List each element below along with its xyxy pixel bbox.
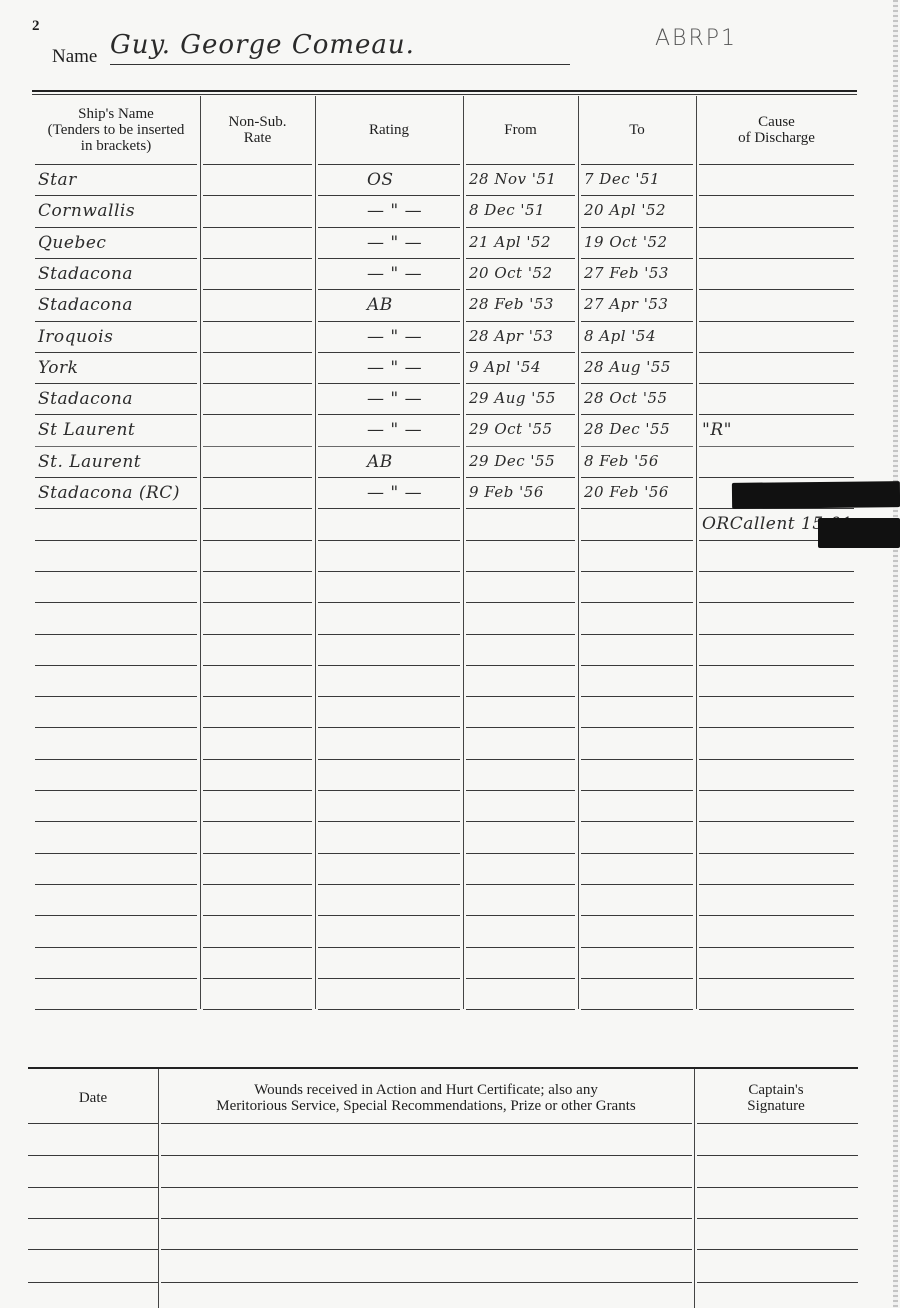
row-rule bbox=[318, 1009, 460, 1010]
cell-rating: — " — bbox=[367, 201, 422, 221]
redaction-block bbox=[818, 518, 900, 548]
row-rule bbox=[581, 696, 693, 697]
row-rule bbox=[203, 696, 312, 697]
row-rule bbox=[203, 665, 312, 666]
cell-from: 20 Oct '52 bbox=[469, 264, 553, 282]
row-rule bbox=[35, 508, 197, 509]
row-rule bbox=[203, 289, 312, 290]
row-rule bbox=[35, 414, 197, 415]
row-rule bbox=[699, 289, 854, 290]
row-rule bbox=[203, 383, 312, 384]
row-rule bbox=[466, 321, 575, 322]
page-number: 2 bbox=[32, 18, 40, 35]
row-rule bbox=[466, 540, 575, 541]
row-rule bbox=[35, 853, 197, 854]
header-ship-name: Ship's Name(Tenders to be insertedin bra… bbox=[32, 100, 200, 160]
row-rule bbox=[581, 602, 693, 603]
row-rule bbox=[35, 258, 197, 259]
row-rule bbox=[466, 383, 575, 384]
row-rule bbox=[697, 1123, 858, 1124]
row-rule bbox=[581, 665, 693, 666]
header-captains-signature: Captain'sSignature bbox=[694, 1074, 858, 1122]
row-rule bbox=[581, 289, 693, 290]
row-rule bbox=[466, 1009, 575, 1010]
cell-to: 28 Aug '55 bbox=[584, 358, 671, 376]
row-rule bbox=[35, 759, 197, 760]
row-rule bbox=[318, 947, 460, 948]
row-rule bbox=[35, 571, 197, 572]
cell-from: 9 Apl '54 bbox=[469, 358, 541, 376]
row-rule bbox=[318, 508, 460, 509]
header-date: Date bbox=[28, 1074, 158, 1122]
cell-ship: Quebec bbox=[38, 233, 106, 253]
column-divider bbox=[200, 96, 201, 1009]
row-rule bbox=[581, 446, 693, 447]
row-rule bbox=[318, 665, 460, 666]
table-top-rule bbox=[32, 90, 857, 92]
row-rule bbox=[581, 164, 693, 165]
cell-from: 8 Dec '51 bbox=[469, 201, 545, 219]
row-rule bbox=[35, 634, 197, 635]
row-rule bbox=[699, 258, 854, 259]
row-rule bbox=[161, 1187, 692, 1188]
cell-ship: Iroquois bbox=[38, 327, 113, 347]
cell-from: 29 Dec '55 bbox=[469, 452, 555, 470]
row-rule bbox=[581, 634, 693, 635]
cell-from: 29 Oct '55 bbox=[469, 420, 553, 438]
row-rule bbox=[581, 1009, 693, 1010]
row-rule bbox=[466, 446, 575, 447]
row-rule bbox=[35, 352, 197, 353]
row-rule bbox=[35, 477, 197, 478]
row-rule bbox=[699, 1009, 854, 1010]
row-rule bbox=[466, 759, 575, 760]
row-rule bbox=[466, 352, 575, 353]
row-rule bbox=[699, 696, 854, 697]
cell-to: 20 Feb '56 bbox=[584, 483, 669, 501]
row-rule bbox=[318, 321, 460, 322]
row-rule bbox=[581, 383, 693, 384]
row-rule bbox=[581, 258, 693, 259]
row-rule bbox=[35, 696, 197, 697]
row-rule bbox=[699, 602, 854, 603]
header-rating: Rating bbox=[315, 100, 463, 160]
cell-ship: St Laurent bbox=[38, 420, 135, 440]
row-rule bbox=[699, 195, 854, 196]
header-to: To bbox=[578, 100, 696, 160]
column-divider bbox=[315, 96, 316, 1009]
row-rule bbox=[318, 195, 460, 196]
row-rule bbox=[466, 634, 575, 635]
row-rule bbox=[203, 446, 312, 447]
row-rule bbox=[699, 790, 854, 791]
row-rule bbox=[28, 1187, 158, 1188]
row-rule bbox=[35, 383, 197, 384]
cell-to: 28 Dec '55 bbox=[584, 420, 670, 438]
row-rule bbox=[318, 164, 460, 165]
row-rule bbox=[318, 915, 460, 916]
row-rule bbox=[466, 853, 575, 854]
row-rule bbox=[203, 759, 312, 760]
row-rule bbox=[318, 727, 460, 728]
row-rule bbox=[35, 289, 197, 290]
row-rule bbox=[581, 915, 693, 916]
cell-to: 27 Apr '53 bbox=[584, 295, 668, 313]
row-rule bbox=[203, 915, 312, 916]
row-rule bbox=[466, 947, 575, 948]
name-value: Guy. George Comeau. bbox=[110, 30, 570, 65]
table-top-rule-inner bbox=[32, 94, 857, 95]
row-rule bbox=[161, 1282, 692, 1283]
row-rule bbox=[35, 884, 197, 885]
row-rule bbox=[203, 790, 312, 791]
row-rule bbox=[203, 414, 312, 415]
row-rule bbox=[699, 227, 854, 228]
row-rule bbox=[581, 508, 693, 509]
row-rule bbox=[203, 321, 312, 322]
cell-ship: St. Laurent bbox=[38, 452, 141, 472]
row-rule bbox=[203, 884, 312, 885]
row-rule bbox=[699, 414, 854, 415]
row-rule bbox=[318, 477, 460, 478]
row-rule bbox=[581, 321, 693, 322]
row-rule bbox=[466, 821, 575, 822]
cell-rating: — " — bbox=[367, 264, 422, 284]
row-rule bbox=[28, 1155, 158, 1156]
row-rule bbox=[203, 727, 312, 728]
row-rule bbox=[699, 884, 854, 885]
row-rule bbox=[466, 258, 575, 259]
row-rule bbox=[581, 978, 693, 979]
cell-rating: — " — bbox=[367, 327, 422, 347]
row-rule bbox=[203, 947, 312, 948]
row-rule bbox=[318, 383, 460, 384]
row-rule bbox=[699, 477, 854, 478]
row-rule bbox=[581, 853, 693, 854]
cell-rating: — " — bbox=[367, 233, 422, 253]
cell-to: 8 Feb '56 bbox=[584, 452, 659, 470]
cell-rating: AB bbox=[367, 295, 393, 315]
row-rule bbox=[466, 696, 575, 697]
row-rule bbox=[161, 1218, 692, 1219]
cell-rating: — " — bbox=[367, 358, 422, 378]
row-rule bbox=[581, 727, 693, 728]
row-rule bbox=[581, 227, 693, 228]
row-rule bbox=[318, 414, 460, 415]
cell-to: 27 Feb '53 bbox=[584, 264, 669, 282]
row-rule bbox=[466, 195, 575, 196]
row-rule bbox=[28, 1123, 158, 1124]
cell-from: 28 Apr '53 bbox=[469, 327, 553, 345]
cell-to: 8 Apl '54 bbox=[584, 327, 656, 345]
header-cause-of-discharge: Causeof Discharge bbox=[696, 100, 857, 160]
row-rule bbox=[699, 383, 854, 384]
cell-to: 28 Oct '55 bbox=[584, 389, 668, 407]
cell-rating: AB bbox=[367, 452, 393, 472]
row-rule bbox=[581, 884, 693, 885]
row-rule bbox=[581, 195, 693, 196]
row-rule bbox=[203, 195, 312, 196]
row-rule bbox=[466, 571, 575, 572]
row-rule bbox=[35, 947, 197, 948]
row-rule bbox=[699, 821, 854, 822]
row-rule bbox=[466, 790, 575, 791]
row-rule bbox=[35, 164, 197, 165]
row-rule bbox=[318, 602, 460, 603]
row-rule bbox=[28, 1249, 158, 1250]
awards-col-divider bbox=[694, 1069, 695, 1308]
header-from: From bbox=[463, 100, 578, 160]
row-rule bbox=[466, 289, 575, 290]
row-rule bbox=[35, 446, 197, 447]
row-rule bbox=[466, 602, 575, 603]
row-rule bbox=[28, 1218, 158, 1219]
row-rule bbox=[581, 540, 693, 541]
cell-cause: "R" bbox=[702, 420, 732, 440]
reference-code: ABRP1 bbox=[655, 26, 737, 51]
header-non-sub-rate: Non-Sub.Rate bbox=[200, 100, 315, 160]
row-rule bbox=[466, 477, 575, 478]
row-rule bbox=[35, 1009, 197, 1010]
row-rule bbox=[697, 1218, 858, 1219]
row-rule bbox=[466, 227, 575, 228]
cell-rating: — " — bbox=[367, 483, 422, 503]
redaction-block bbox=[732, 481, 900, 509]
cell-rating: OS bbox=[367, 170, 394, 190]
row-rule bbox=[318, 759, 460, 760]
cell-from: 9 Feb '56 bbox=[469, 483, 544, 501]
binding-strip bbox=[893, 0, 898, 1308]
cell-ship: Cornwallis bbox=[38, 201, 135, 221]
row-rule bbox=[28, 1282, 158, 1283]
row-rule bbox=[466, 414, 575, 415]
row-rule bbox=[697, 1155, 858, 1156]
row-rule bbox=[203, 1009, 312, 1010]
row-rule bbox=[699, 634, 854, 635]
row-rule bbox=[35, 227, 197, 228]
row-rule bbox=[35, 321, 197, 322]
row-rule bbox=[35, 790, 197, 791]
cell-to: 7 Dec '51 bbox=[584, 170, 660, 188]
cell-ship: Stadacona bbox=[38, 389, 133, 409]
row-rule bbox=[161, 1249, 692, 1250]
row-rule bbox=[35, 195, 197, 196]
cell-to: 19 Oct '52 bbox=[584, 233, 668, 251]
row-rule bbox=[35, 915, 197, 916]
row-rule bbox=[699, 727, 854, 728]
row-rule bbox=[318, 696, 460, 697]
row-rule bbox=[581, 477, 693, 478]
row-rule bbox=[318, 853, 460, 854]
row-rule bbox=[318, 884, 460, 885]
row-rule bbox=[697, 1187, 858, 1188]
column-divider bbox=[696, 96, 697, 1009]
cell-from: 28 Nov '51 bbox=[469, 170, 556, 188]
row-rule bbox=[699, 352, 854, 353]
row-rule bbox=[203, 634, 312, 635]
row-rule bbox=[203, 853, 312, 854]
header-wounds-awards: Wounds received in Action and Hurt Certi… bbox=[158, 1074, 694, 1122]
row-rule bbox=[203, 508, 312, 509]
cell-from: 28 Feb '53 bbox=[469, 295, 554, 313]
row-rule bbox=[699, 571, 854, 572]
row-rule bbox=[318, 258, 460, 259]
row-rule bbox=[318, 289, 460, 290]
row-rule bbox=[35, 540, 197, 541]
row-rule bbox=[318, 352, 460, 353]
row-rule bbox=[581, 947, 693, 948]
cell-rating: — " — bbox=[367, 389, 422, 409]
cell-ship: Stadacona (RC) bbox=[38, 483, 180, 503]
row-rule bbox=[161, 1123, 692, 1124]
row-rule bbox=[203, 978, 312, 979]
row-rule bbox=[203, 258, 312, 259]
row-rule bbox=[466, 164, 575, 165]
cell-ship: Stadacona bbox=[38, 264, 133, 284]
awards-top-rule bbox=[28, 1067, 858, 1069]
row-rule bbox=[35, 978, 197, 979]
row-rule bbox=[699, 759, 854, 760]
name-label: Name bbox=[52, 46, 97, 68]
row-rule bbox=[203, 477, 312, 478]
row-rule bbox=[35, 665, 197, 666]
row-rule bbox=[35, 727, 197, 728]
row-rule bbox=[466, 915, 575, 916]
cell-ship: York bbox=[38, 358, 78, 378]
row-rule bbox=[318, 571, 460, 572]
row-rule bbox=[581, 790, 693, 791]
row-rule bbox=[466, 727, 575, 728]
row-rule bbox=[466, 978, 575, 979]
row-rule bbox=[203, 227, 312, 228]
row-rule bbox=[697, 1249, 858, 1250]
row-rule bbox=[35, 602, 197, 603]
row-rule bbox=[466, 665, 575, 666]
row-rule bbox=[203, 602, 312, 603]
row-rule bbox=[318, 978, 460, 979]
column-divider bbox=[463, 96, 464, 1009]
row-rule bbox=[581, 571, 693, 572]
row-rule bbox=[581, 759, 693, 760]
row-rule bbox=[318, 821, 460, 822]
row-rule bbox=[203, 540, 312, 541]
row-rule bbox=[203, 571, 312, 572]
row-rule bbox=[203, 821, 312, 822]
row-rule bbox=[318, 540, 460, 541]
row-rule bbox=[581, 821, 693, 822]
row-rule bbox=[699, 978, 854, 979]
cell-to: 20 Apl '52 bbox=[584, 201, 666, 219]
row-rule bbox=[699, 164, 854, 165]
row-rule bbox=[203, 164, 312, 165]
row-rule bbox=[699, 321, 854, 322]
awards-col-divider bbox=[158, 1069, 159, 1308]
row-rule bbox=[318, 790, 460, 791]
row-rule bbox=[697, 1282, 858, 1283]
row-rule bbox=[581, 352, 693, 353]
cell-ship: Stadacona bbox=[38, 295, 133, 315]
row-rule bbox=[466, 884, 575, 885]
row-rule bbox=[699, 446, 854, 447]
row-rule bbox=[466, 508, 575, 509]
column-divider bbox=[578, 96, 579, 1009]
cell-rating: — " — bbox=[367, 420, 422, 440]
row-rule bbox=[699, 947, 854, 948]
row-rule bbox=[699, 665, 854, 666]
row-rule bbox=[581, 414, 693, 415]
row-rule bbox=[35, 821, 197, 822]
row-rule bbox=[161, 1155, 692, 1156]
cell-ship: Star bbox=[38, 170, 77, 190]
row-rule bbox=[699, 915, 854, 916]
row-rule bbox=[318, 227, 460, 228]
row-rule bbox=[699, 853, 854, 854]
row-rule bbox=[318, 634, 460, 635]
row-rule bbox=[318, 446, 460, 447]
row-rule bbox=[203, 352, 312, 353]
cell-from: 29 Aug '55 bbox=[469, 389, 556, 407]
cell-from: 21 Apl '52 bbox=[469, 233, 551, 251]
